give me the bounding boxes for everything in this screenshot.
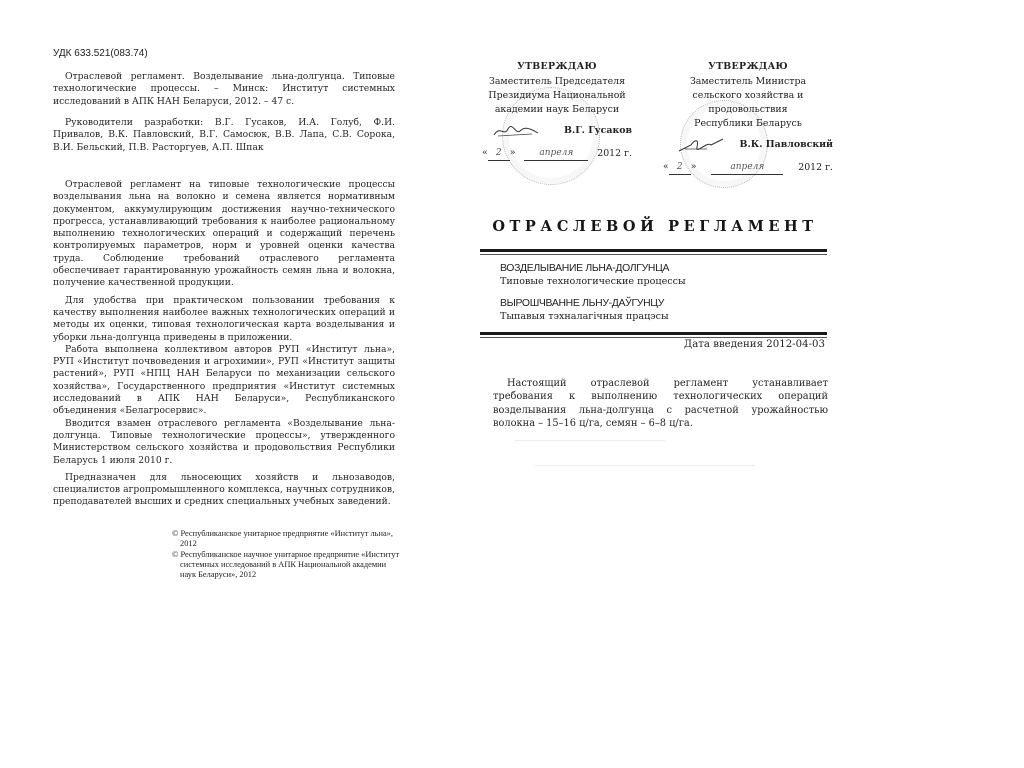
document-subtitles: ВОЗДЕЛЫВАНИЕ ЛЬНА-ДОЛГУНЦА Типовые техно… <box>500 262 686 323</box>
date-year: 2012 г. <box>798 161 833 175</box>
approval-position: Президиума Национальной <box>482 89 632 103</box>
introduction-text: Настоящий отраслевой регламент устанавли… <box>493 377 828 430</box>
date-year: 2012 г. <box>597 147 632 161</box>
bibliographic-text: Отраслевой регламент. Возделывание льна-… <box>53 71 395 108</box>
abstract: Отраслевой регламент на типовые технолог… <box>53 179 395 509</box>
signatory-name: В.Г. Гусаков <box>564 125 632 136</box>
handwritten-signature-icon <box>492 123 540 139</box>
introduction-date: Дата введения 2012-04-03 <box>480 339 825 350</box>
copyright-line: © Республиканское унитарное предприятие … <box>172 529 402 550</box>
udk-code: УДК 633.521(083.74) <box>53 48 148 59</box>
handwritten-signature-icon <box>677 137 725 153</box>
subtitle-russian-sub: Типовые технологические процессы <box>500 275 686 288</box>
subtitle-russian: ВОЗДЕЛЫВАНИЕ ЛЬНА-ДОЛГУНЦА <box>500 262 686 275</box>
scan-bleed-mark <box>515 440 665 441</box>
right-page: УТВЕРЖДАЮ Заместитель Председателя Прези… <box>455 0 1024 768</box>
approval-heading: УТВЕРЖДАЮ <box>482 60 632 74</box>
abstract-paragraph: Работа выполнена коллективом авторов РУП… <box>53 344 395 418</box>
subtitle-belarusian-sub: Тыпавыя тэхналагічныя працэсы <box>500 310 686 323</box>
developers-list: Руководители разработки: В.Г. Гусаков, И… <box>53 117 395 154</box>
date-day: 2 <box>669 161 691 175</box>
double-rule-divider <box>480 249 827 255</box>
date-month: апреля <box>524 147 588 161</box>
abstract-paragraph: Вводится взамен отраслевого регламента «… <box>53 418 395 467</box>
approval-block-ministry: УТВЕРЖДАЮ Заместитель Министра сельского… <box>663 60 833 175</box>
abstract-paragraph: Отраслевой регламент на типовые технолог… <box>53 179 395 290</box>
approval-date: «2» апреля 2012 г. <box>482 143 632 161</box>
bibliographic-entry: Отраслевой регламент. Возделывание льна-… <box>53 71 395 108</box>
signatory-name: В.К. Павловский <box>740 139 833 150</box>
copyright-block: © Республиканское унитарное предприятие … <box>172 529 402 580</box>
copyright-line: © Республиканское научное унитарное пред… <box>172 550 402 581</box>
date-month: апреля <box>711 161 783 175</box>
approval-position: Заместитель Министра <box>663 75 833 89</box>
introduction-paragraph: Настоящий отраслевой регламент устанавли… <box>493 377 828 430</box>
subtitle-belarusian: ВЫРОШЧВАННЕ ЛЬНУ-ДАЎГУНЦУ <box>500 297 686 310</box>
abstract-paragraph: Предназначен для льносеющих хозяйств и л… <box>53 472 395 509</box>
left-page: УДК 633.521(083.74) Отраслевой регламент… <box>0 0 430 768</box>
scan-bleed-mark <box>535 465 755 466</box>
approval-heading: УТВЕРЖДАЮ <box>663 60 833 74</box>
abstract-paragraph: Для удобства при практическом пользовани… <box>53 295 395 344</box>
approval-position: Республики Беларусь <box>663 117 833 131</box>
approval-position: сельского хозяйства и продовольствия <box>663 89 833 117</box>
signature-line: В.К. Павловский <box>663 135 833 155</box>
document-title: ОТРАСЛЕВОЙ РЕГЛАМЕНТ <box>480 218 830 235</box>
developers-text: Руководители разработки: В.Г. Гусаков, И… <box>53 117 395 154</box>
approval-date: «2» апреля 2012 г. <box>663 157 833 175</box>
approval-position: академии наук Беларуси <box>482 103 632 117</box>
date-day: 2 <box>488 147 510 161</box>
approval-block-academy: УТВЕРЖДАЮ Заместитель Председателя Прези… <box>482 60 632 161</box>
double-rule-divider <box>480 332 827 338</box>
approval-position: Заместитель Председателя <box>482 75 632 89</box>
signature-line: В.Г. Гусаков <box>482 121 632 141</box>
